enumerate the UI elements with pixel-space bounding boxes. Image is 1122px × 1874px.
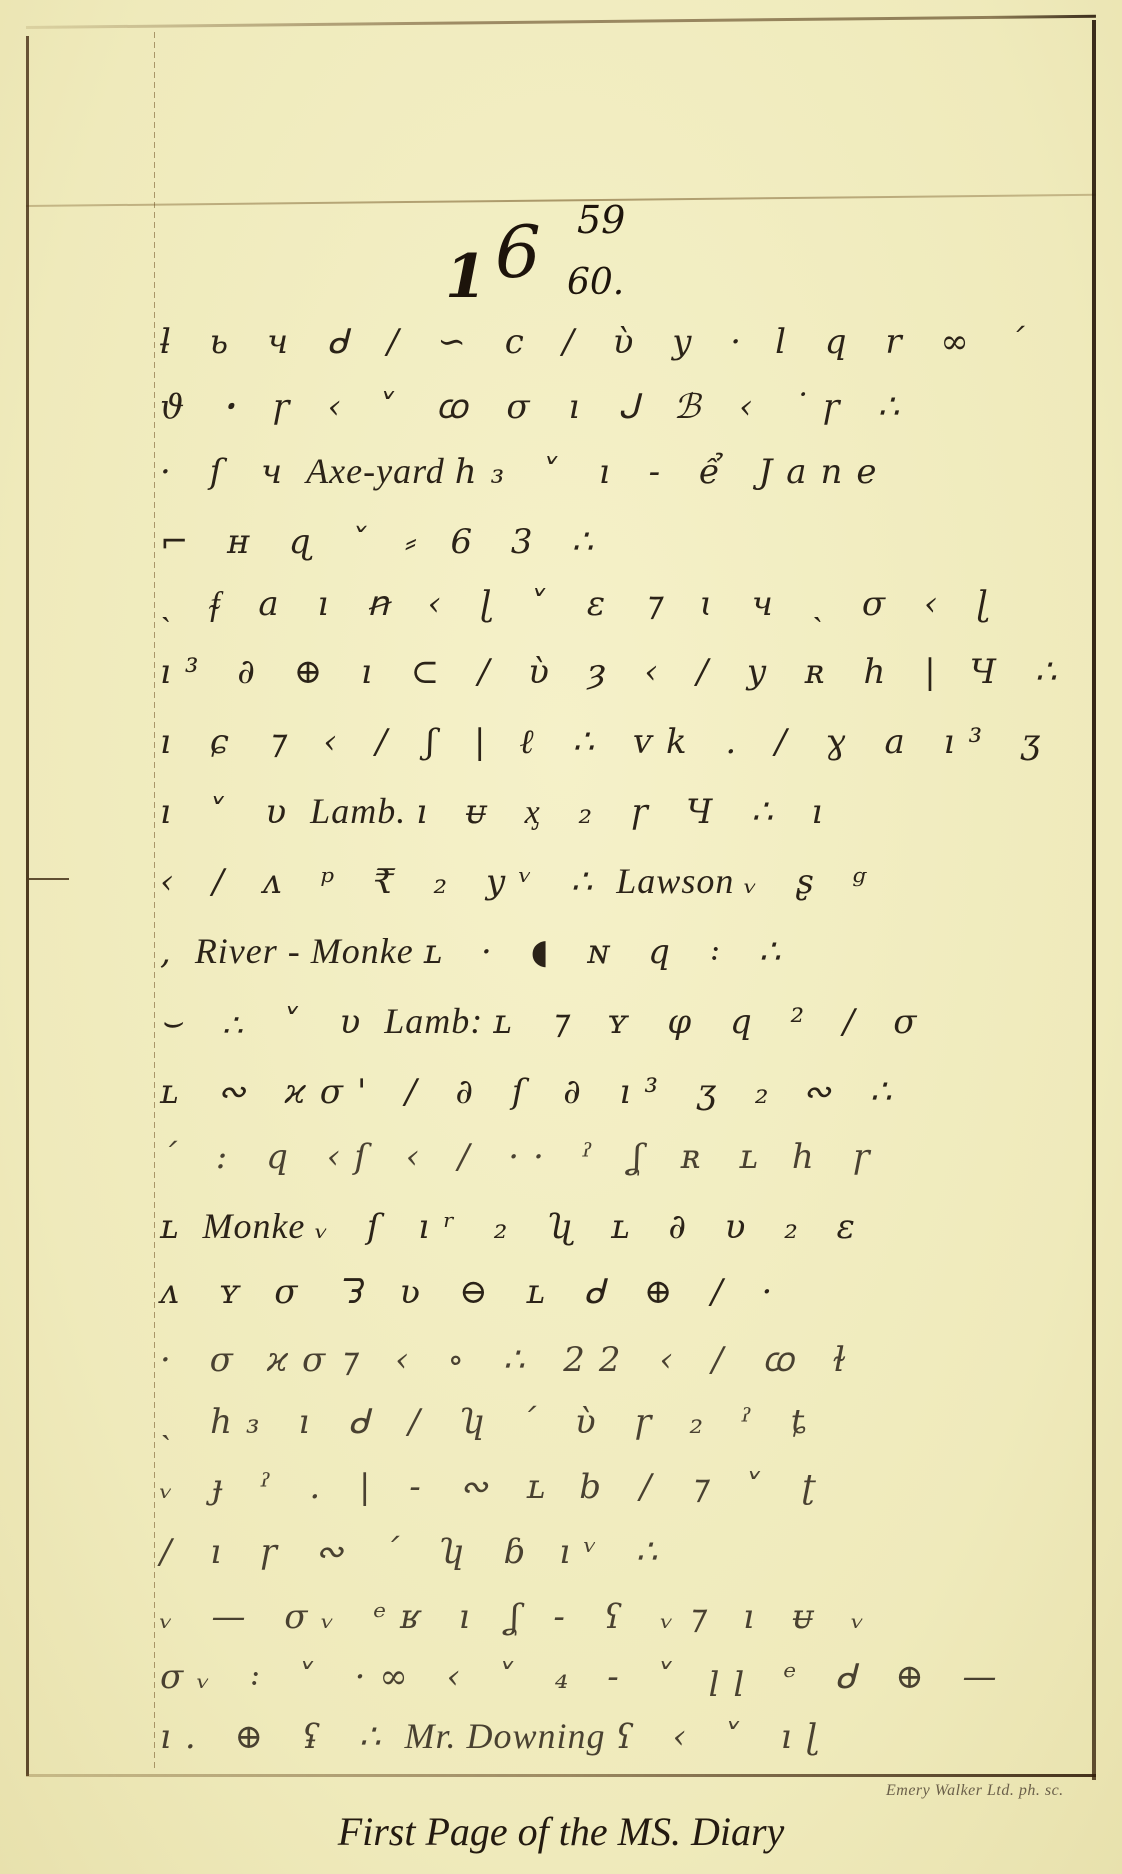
longhand-word-lamb: Lamb: [374, 1001, 493, 1041]
manuscript-line: ı³ ∂ ⊕ ı ⊂ / ὺ ȝ ‹ / y ʀ h |Ч ∴ [160, 650, 1080, 692]
manuscript-line: ʟMonkeᵥ ſ ıʳ ₂ ʯ ʟ ∂ υ ₂ ɛ [160, 1205, 1080, 1247]
manuscript-line: ᴧ ʏσ ᘊ ʋ ⊖ ʟ ᑯ ⊕ / · [160, 1270, 1080, 1312]
bottom-border-rule [26, 1774, 1096, 1777]
longhand-word-lamb: Lamb. [300, 791, 416, 831]
year-digit-6: 6 [495, 210, 541, 294]
manuscript-line: ᵥ — σᵥ ᵉʁ ı ʆ- ʕ ᵥ⁊ ı ᵾ ᵥ [160, 1595, 1080, 1637]
page-top-rule [26, 15, 1096, 29]
right-border-rule [1092, 20, 1096, 1780]
year-heading: 1 6 59 60. [445, 192, 685, 312]
manuscript-line: · σϰσ⁊ ‹ ∘ ∴ 22 ‹ / ꭃ ɫ [160, 1335, 1080, 1381]
margin-rule [154, 32, 155, 1772]
year-old-style: 59 [577, 198, 625, 242]
margin-tick-mark [29, 878, 69, 880]
manuscript-line: ˎ ᵮ a ı ꞥ ‹ ɭ ˅ ɛ ⁊ ɩ ч ˎ σ ‹ ɭ [160, 582, 1080, 624]
manuscript-line: ⌐ ʜ ɋ ˇ ⸗6 3 ∴ [160, 520, 1080, 562]
engraver-credit: Emery Walker Ltd. ph. sc. [886, 1782, 1064, 1800]
longhand-words-mr-downing: Mr. Downing [394, 1716, 615, 1756]
manuscript-line: ƚ ь ч ᑯ / ∽ c / ὺ y ·l q r ∞ ˊ [160, 320, 1080, 362]
manuscript-line: / ı ɼ ∾ ˊ ʮ ɓıᵛ ∴ [160, 1530, 1080, 1572]
manuscript-line: σᵥ ꞉ ˅ ·∞ ‹ ˅ ₄ - ˅ꞁꞁ ᵉ ᑯ ⊕ — [160, 1655, 1080, 1697]
manuscript-line: ⌣ ∴ ˅ υLamb:ʟ ⁊ ʏ φ q ² / σ [160, 1000, 1080, 1042]
manuscript-line: · ſ чAxe-yardh₃ ˅ ı - ể Jane [160, 450, 1080, 492]
manuscript-line: ˊ : q ‹ſ ‹ / ·· ˀ ʆ ʀ ʟh ɼ [160, 1135, 1080, 1177]
manuscript-line: ‹ / ᴧ ᵖ ₹ ₂ yᵛ ∴Lawsonᵥ ʂ ᵍ [160, 860, 1080, 902]
manuscript-facsimile-plate: 1 6 59 60. ƚ ь ч ᑯ / ∽ c / ὺ y ·l q r ∞ … [0, 0, 1122, 1874]
manuscript-line: ı ˅ υLamb.ı ᵾ ᶍ ₂ ɼ Ч ∴ ı [160, 790, 1080, 832]
longhand-word-monke: Monke [192, 1206, 315, 1246]
longhand-word-axe-yard: Axe-yard [296, 451, 455, 491]
longhand-words-river-monke: River - Monke [185, 931, 424, 971]
year-digit-1: 1 [445, 242, 487, 312]
left-border-rule [26, 36, 29, 1776]
manuscript-line: ϑ ꞏ ɼ ‹ ˅ ꭃ σ ı ᒍℬ ‹ ˙ɼ ∴ [160, 382, 1080, 428]
manuscript-line: ᵥ ɟ ˀ . | - ∾ ʟb / ⁊ ˅ ʈ [160, 1465, 1080, 1507]
manuscript-line: ˎ h₃ ı ᑯ / ʮˊ ὺ ɼ ₂ ˀ ȶ [160, 1400, 1080, 1442]
manuscript-line: ʟ ∾ ϰσ' / ∂ ſ ∂ ı³ ʒ ₂∾ ∴ [160, 1070, 1080, 1112]
longhand-word-lawson: Lawson [606, 861, 744, 901]
plate-caption: First Page of the MS. Diary [0, 1808, 1122, 1855]
manuscript-line: ı. ⊕ ʢ ∴Mr. Downingʕ ‹ ˅ ıɭ [160, 1715, 1080, 1757]
manuscript-line: ,River - Monkeʟ · ◖ ɴ q ꞉ ∴ [160, 930, 1080, 972]
manuscript-line: ı ɕ ⁊ ‹ / ʃ |ℓ ∴ ᴠk . / ɣ a ı³ ʒ [160, 720, 1080, 762]
year-new-style: 60. [567, 262, 624, 303]
